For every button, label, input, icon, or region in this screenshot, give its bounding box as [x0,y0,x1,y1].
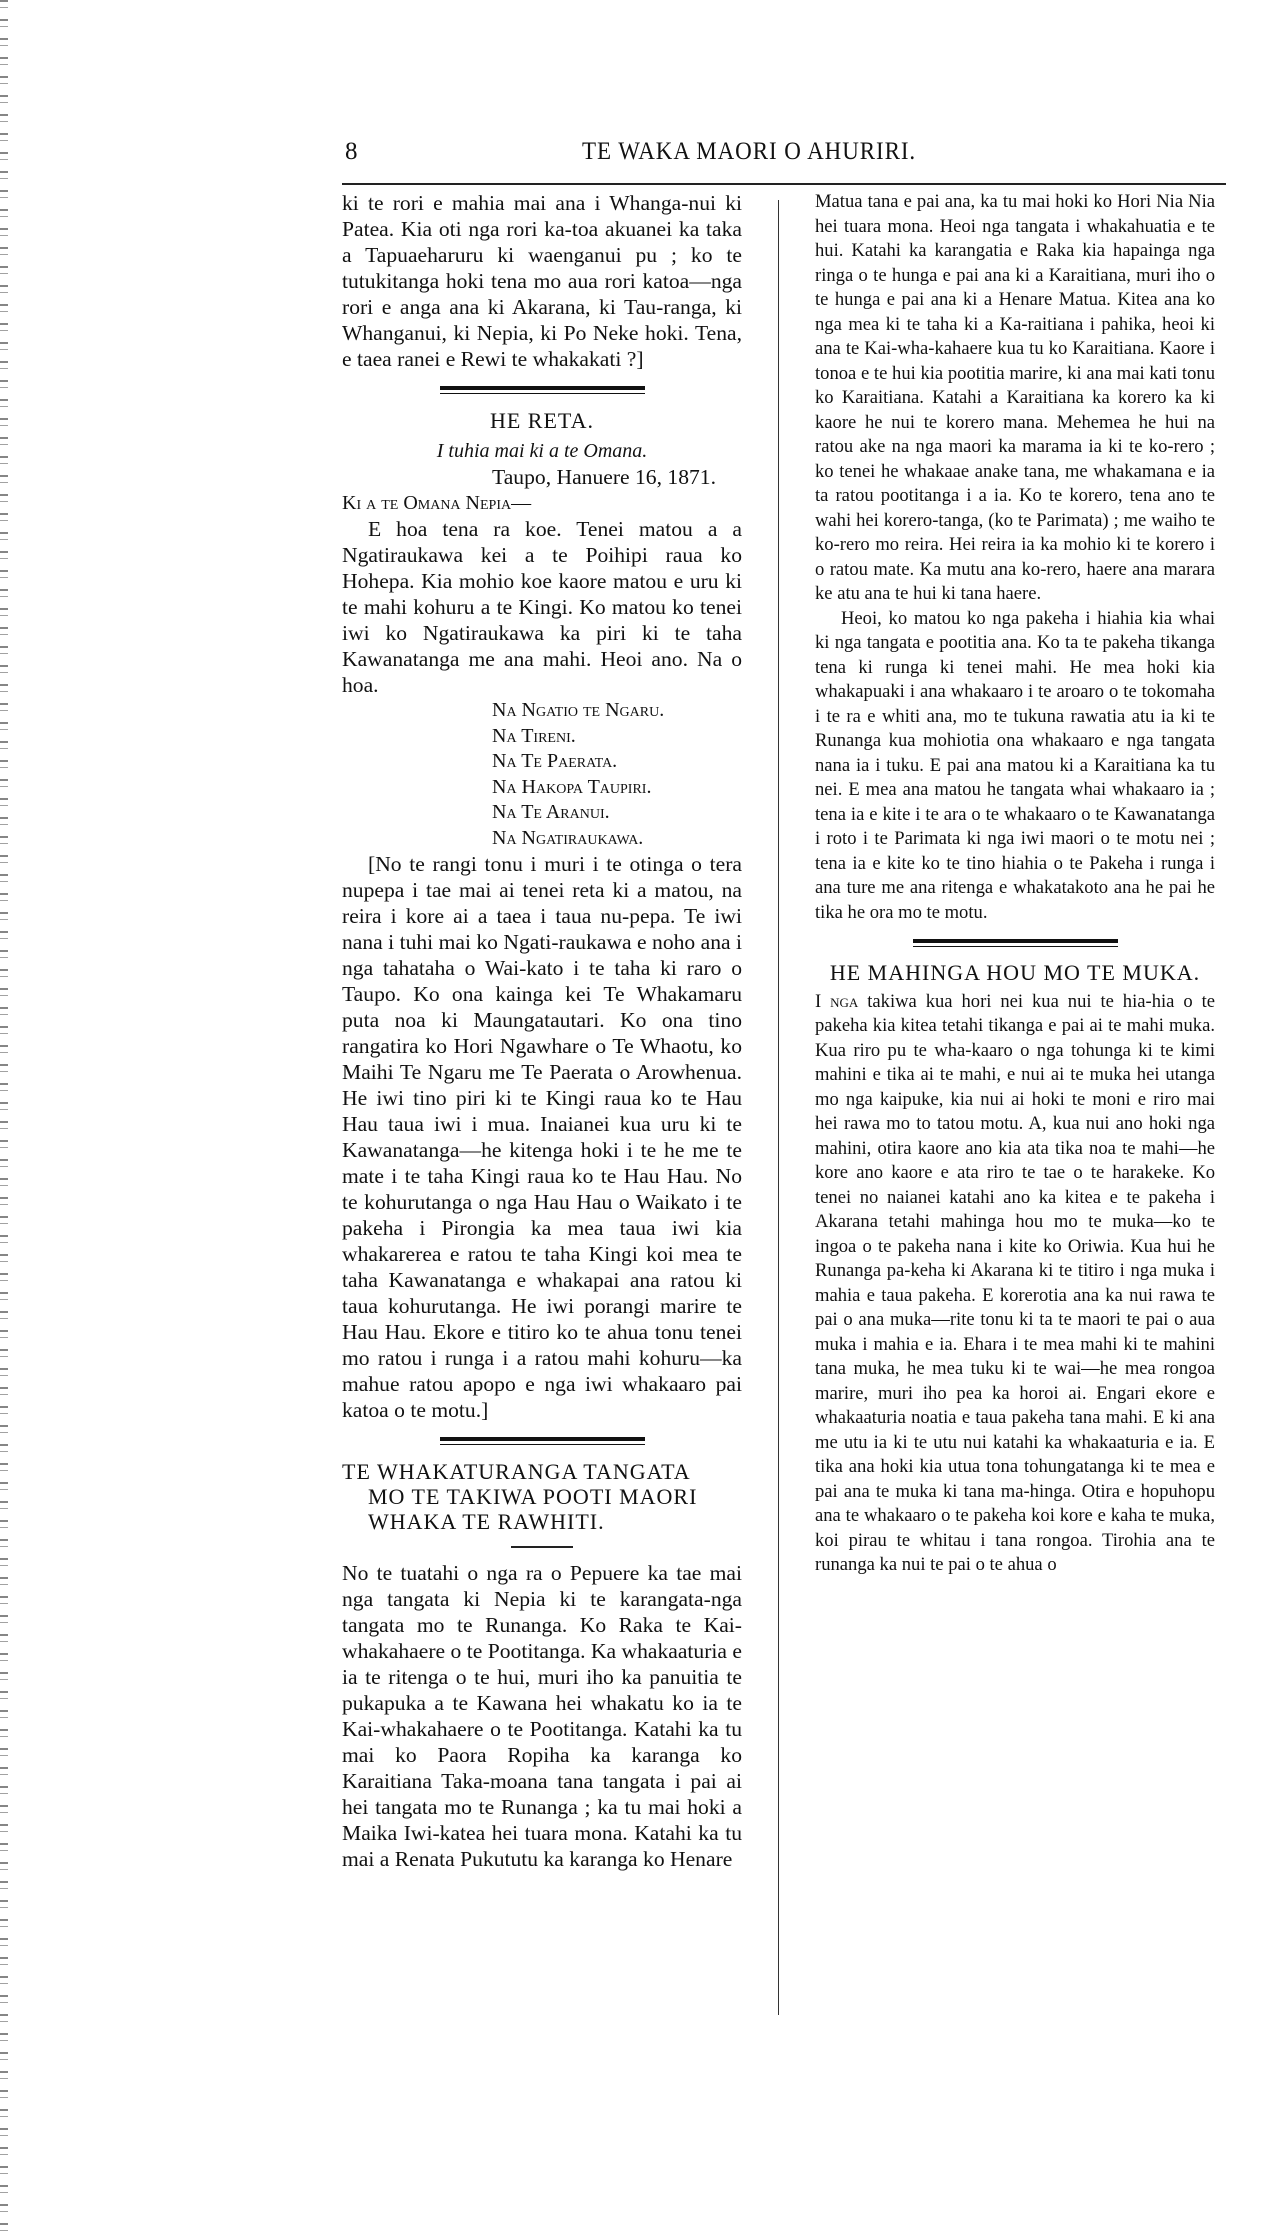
continued-paragraph: ki te rori e mahia mai ana i Whanga-nui … [342,190,742,372]
letter-title: HE RETA. [342,408,742,434]
letter-salutation: Ki a te Omana Nepia— [342,490,742,516]
scan-edge-speckle [0,0,8,2240]
letter-signatures: Na Ngatio te Ngaru. Na Tireni. Na Te Pae… [342,698,742,851]
short-divider [511,1546,573,1548]
flax-article-body: I nga takiwa kua hori nei kua nui te hia… [815,990,1215,1578]
section-divider [440,1437,645,1445]
page-header: 8 TE WAKA MAORI O AHURIRI. [342,138,1226,182]
left-column: ki te rori e mahia mai ana i Whanga-nui … [342,190,742,1872]
flax-article-title: HE MAHINGA HOU MO TE MUKA. [815,961,1215,986]
signature: Na Ngatio te Ngaru. [492,698,742,724]
letter-subtitle: I tuhia mai ki a te Omana. [342,438,742,464]
election-continued-paragraph: Matua tana e pai ana, ka tu mai hoki ko … [815,190,1215,607]
election-title: TE WHAKATURANGA TANGATA MO TE TAKIWA POO… [342,1459,742,1534]
page-title: TE WAKA MAORI O AHURIRI. [582,138,916,166]
election-title-line: TE WHAKATURANGA TANGATA [342,1459,691,1484]
column-divider [778,200,779,2015]
letter-dateline: Taupo, Hanuere 16, 1871. [342,464,742,490]
letter-body: E hoa tena ra koe. Tenei matou a a Ngati… [342,516,742,698]
right-column: Matua tana e pai ana, ka tu mai hoki ko … [815,190,1215,1578]
editor-note: [No te rangi tonu i muri i te otinga o t… [342,851,742,1423]
election-commentary-paragraph: Heoi, ko matou ko nga pakeha i hiahia ki… [815,607,1215,926]
signature: Na Tireni. [492,724,742,750]
flax-body-text: takiwa kua hori nei kua nui te hia-hia o… [815,991,1215,1576]
election-title-line: MO TE TAKIWA POOTI MAORI [342,1484,742,1509]
signature: Na Te Paerata. [492,749,742,775]
signature: Na Hakopa Taupiri. [492,775,742,801]
section-divider [440,386,645,394]
election-body: No te tuatahi o nga ra o Pepuere ka tae … [342,1560,742,1872]
section-divider [913,939,1118,947]
signature: Na Ngatiraukawa. [492,826,742,852]
election-title-line: WHAKA TE RAWHITI. [342,1509,742,1534]
flax-lead-words: I nga [815,991,858,1012]
header-rule [342,183,1226,185]
signature: Na Te Aranui. [492,800,742,826]
page-number: 8 [345,138,358,166]
